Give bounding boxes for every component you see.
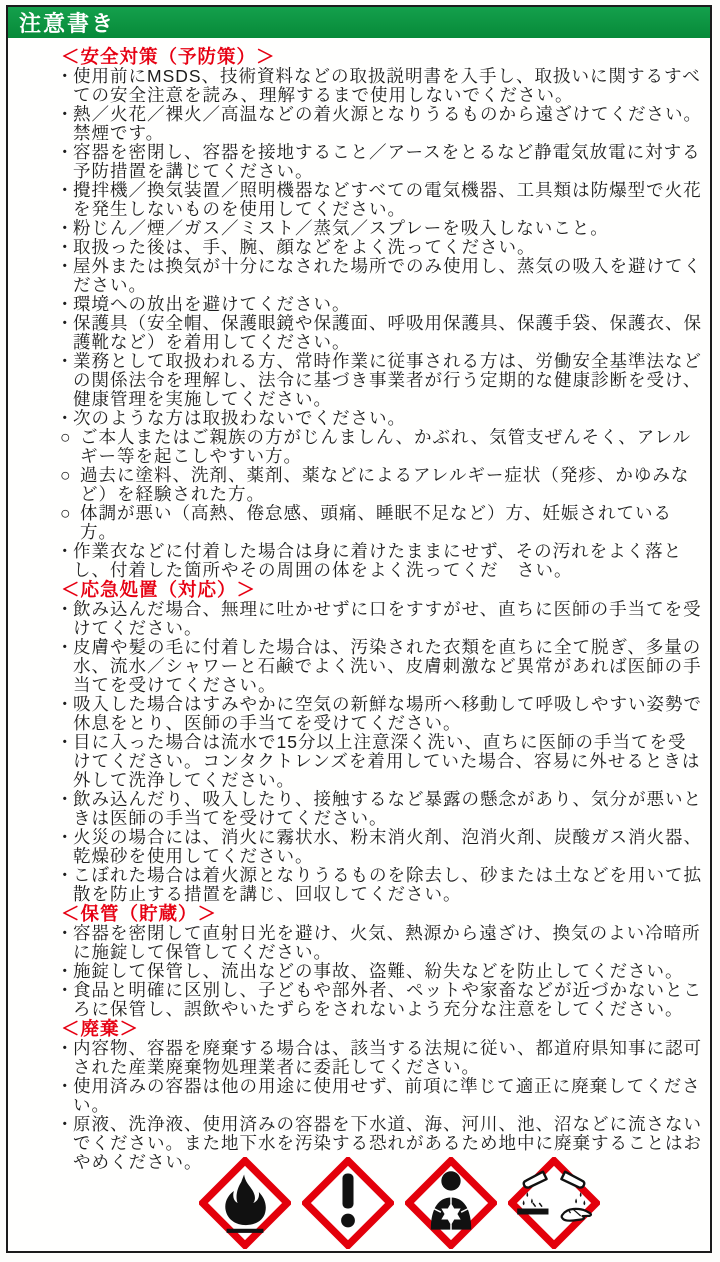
item-text: 食品と明確に区別し、子どもや部外者、ペットや家畜などが近づかないところに保管し、…: [73, 981, 702, 1019]
bullet-marker: ・: [60, 600, 73, 619]
list-item: ・ 目に入った場合は流水で15分以上注意深く洗い、直ちに医師の手当てを受けてくだ…: [60, 733, 702, 790]
bullet-marker: ・: [60, 67, 73, 86]
ghs-pictogram-row: [199, 1157, 600, 1249]
bullet-marker: ・: [60, 828, 73, 847]
item-text: 吸入した場合はすみやかに空気の新鮮な場所へ移動して呼吸しやすい姿勢で休息をとり、…: [73, 695, 702, 733]
list-item: ・ 熱／火花／裸火／高温などの着火源となりうるものから遠ざけてください。禁煙です…: [60, 105, 702, 143]
ghs-corrosion-icon: [508, 1157, 600, 1249]
item-text: 使用前にMSDS、技術資料などの取扱説明書を入手し、取扱いに関するすべての安全注…: [73, 67, 702, 105]
list-item: ・ 業務として取扱われる方、常時作業に従事される方は、労働安全基準法などの関係法…: [60, 352, 702, 409]
bullet-marker: ・: [60, 295, 73, 314]
document-header: 注意書き: [8, 7, 710, 38]
bullet-marker: ・: [60, 1115, 73, 1134]
bullet-marker: ・: [60, 257, 73, 276]
item-text: 容器を密閉し、容器を接地すること／アースをとるなど静電気放電に対する予防措置を講…: [73, 143, 702, 181]
item-text: 皮膚や髪の毛に付着した場合は、汚染された衣類を直ちに全て脱ぎ、多量の水、流水／シ…: [73, 638, 702, 695]
ghs-health-hazard-icon: [405, 1157, 497, 1249]
item-text: 目に入った場合は流水で15分以上注意深く洗い、直ちに医師の手当てを受けてください…: [73, 733, 702, 790]
list-item: ・ 屋外または換気が十分になされた場所でのみ使用し、蒸気の吸入を避けてください。: [60, 257, 702, 295]
bullet-marker: ○: [60, 428, 80, 447]
section: ＜安全対策（予防策）＞ ・ 使用前にMSDS、技術資料などの取扱説明書を入手し、…: [60, 47, 702, 580]
bullet-marker: ・: [60, 105, 73, 124]
list-item: ・ 使用済みの容器は他の用途に使用せず、前項に準じて適正に廃棄してください。: [60, 1077, 702, 1115]
list-item: ・ 飲み込んだり、吸入したり、接触するなど暴露の懸念があり、気分が悪いときは医師…: [60, 790, 702, 828]
bullet-marker: ・: [60, 866, 73, 885]
item-text: 作業衣などに付着した場合は身に着けたままにせず、その汚れをよく落とし、付着した箇…: [73, 542, 702, 580]
item-text: 環境への放出を避けてください。: [73, 295, 702, 314]
item-text: 飲み込んだり、吸入したり、接触するなど暴露の懸念があり、気分が悪いときは医師の手…: [73, 790, 702, 828]
bullet-marker: ・: [60, 238, 73, 257]
bullet-marker: ・: [60, 352, 73, 371]
item-text: 攪拌機／換気装置／照明機器などすべての電気機器、工具類は防爆型で火花を発生しない…: [73, 181, 702, 219]
list-item: ・ 吸入した場合はすみやかに空気の新鮮な場所へ移動して呼吸しやすい姿勢で休息をと…: [60, 695, 702, 733]
item-text: 体調が悪い（高熱、倦怠感、頭痛、睡眠不足など）方、妊娠されている方。: [80, 504, 702, 542]
bullet-marker: ・: [60, 409, 73, 428]
bullet-marker: ・: [60, 695, 73, 714]
section-heading: ＜廃棄＞: [61, 1019, 702, 1039]
ghs-exclamation-icon: [302, 1157, 394, 1249]
bullet-marker: ・: [60, 181, 73, 200]
item-text: 飲み込んだ場合、無理に吐かせずに口をすすがせ、直ちに医師の手当てを受けてください…: [73, 600, 702, 638]
section-items: ・ 飲み込んだ場合、無理に吐かせずに口をすすがせ、直ちに医師の手当てを受けてくだ…: [60, 600, 702, 904]
list-item: ・ 作業衣などに付着した場合は身に着けたままにせず、その汚れをよく落とし、付着し…: [60, 542, 702, 580]
section-items: ・ 使用前にMSDS、技術資料などの取扱説明書を入手し、取扱いに関するすべての安…: [60, 67, 702, 580]
section: ＜廃棄＞ ・ 内容物、容器を廃棄する場合は、該当する法規に従い、都道府県知事に認…: [60, 1019, 702, 1172]
list-item: ・ 内容物、容器を廃棄する場合は、該当する法規に従い、都道府県知事に認可された産…: [60, 1039, 702, 1077]
bullet-marker: ・: [60, 924, 73, 943]
bullet-marker: ・: [60, 1039, 73, 1058]
section-heading: ＜応急処置（対応）＞: [61, 580, 702, 600]
list-item: ・ 使用前にMSDS、技術資料などの取扱説明書を入手し、取扱いに関するすべての安…: [60, 67, 702, 105]
bullet-marker: ・: [60, 790, 73, 809]
list-item: ○ ご本人またはご親族の方がじんましん、かぶれ、気管支ぜんそく、アレルギー等を起…: [60, 428, 702, 466]
section-heading: ＜保管（貯蔵）＞: [61, 904, 702, 924]
bullet-marker: ・: [60, 143, 73, 162]
item-text: 粉じん／煙／ガス／ミスト／蒸気／スプレーを吸入しないこと。: [73, 219, 702, 238]
list-item: ・ 皮膚や髪の毛に付着した場合は、汚染された衣類を直ちに全て脱ぎ、多量の水、流水…: [60, 638, 702, 695]
bullet-marker: ・: [60, 219, 73, 238]
page-title: 注意書き: [19, 7, 115, 38]
list-item: ・ 施錠して保管し、流出などの事故、盗難、紛失などを防止してください。: [60, 962, 702, 981]
list-item: ・ 環境への放出を避けてください。: [60, 295, 702, 314]
list-item: ・ 容器を密閉して直射日光を避け、火気、熱源から遠ざけ、換気のよい冷暗所に施錠し…: [60, 924, 702, 962]
item-text: 取扱った後は、手、腕、顔などをよく洗ってください。: [73, 238, 702, 257]
list-item: ・ 火災の場合には、消火に霧状水、粉末消火剤、泡消火剤、炭酸ガス消火器、乾燥砂を…: [60, 828, 702, 866]
bullet-marker: ・: [60, 542, 73, 561]
item-text: 屋外または換気が十分になされた場所でのみ使用し、蒸気の吸入を避けてください。: [73, 257, 702, 295]
list-item: ・ 飲み込んだ場合、無理に吐かせずに口をすすがせ、直ちに医師の手当てを受けてくだ…: [60, 600, 702, 638]
list-item: ・ 攪拌機／換気装置／照明機器などすべての電気機器、工具類は防爆型で火花を発生し…: [60, 181, 702, 219]
item-text: ご本人またはご親族の方がじんましん、かぶれ、気管支ぜんそく、アレルギー等を起こし…: [80, 428, 702, 466]
item-text: こぼれた場合は着火源となりうるものを除去し、砂または土などを用いて拡散を防止する…: [73, 866, 702, 904]
bullet-marker: ・: [60, 314, 73, 333]
item-text: 過去に塗料、洗剤、薬剤、薬などによるアレルギー症状（発疹、かゆみなど）を経験され…: [80, 466, 702, 504]
item-text: 内容物、容器を廃棄する場合は、該当する法規に従い、都道府県知事に認可された産業廃…: [73, 1039, 702, 1077]
ghs-flame-icon: [199, 1157, 291, 1249]
list-item: ・ 保護具（安全帽、保護眼鏡や保護面、呼吸用保護具、保護手袋、保護衣、保護靴など…: [60, 314, 702, 352]
list-item: ・ 容器を密閉し、容器を接地すること／アースをとるなど静電気放電に対する予防措置…: [60, 143, 702, 181]
item-text: 保護具（安全帽、保護眼鏡や保護面、呼吸用保護具、保護手袋、保護衣、保護靴など）を…: [73, 314, 702, 352]
section: ＜応急処置（対応）＞ ・ 飲み込んだ場合、無理に吐かせずに口をすすがせ、直ちに医…: [60, 580, 702, 904]
item-text: 火災の場合には、消火に霧状水、粉末消火剤、泡消火剤、炭酸ガス消火器、乾燥砂を使用…: [73, 828, 702, 866]
section-items: ・ 容器を密閉して直射日光を避け、火気、熱源から遠ざけ、換気のよい冷暗所に施錠し…: [60, 924, 702, 1019]
document-body: ＜安全対策（予防策）＞ ・ 使用前にMSDS、技術資料などの取扱説明書を入手し、…: [8, 38, 710, 1172]
item-text: 容器を密閉して直射日光を避け、火気、熱源から遠ざけ、換気のよい冷暗所に施錠して保…: [73, 924, 702, 962]
bullet-marker: ○: [60, 504, 80, 523]
list-item: ・ 粉じん／煙／ガス／ミスト／蒸気／スプレーを吸入しないこと。: [60, 219, 702, 238]
list-item: ・ 次のような方は取扱わないでください。: [60, 409, 702, 428]
bullet-marker: ・: [60, 1077, 73, 1096]
bullet-marker: ・: [60, 733, 73, 752]
list-item: ○ 体調が悪い（高熱、倦怠感、頭痛、睡眠不足など）方、妊娠されている方。: [60, 504, 702, 542]
item-text: 熱／火花／裸火／高温などの着火源となりうるものから遠ざけてください。禁煙です。: [73, 105, 702, 143]
item-text: 業務として取扱われる方、常時作業に従事される方は、労働安全基準法などの関係法令を…: [73, 352, 702, 409]
section-heading: ＜安全対策（予防策）＞: [61, 47, 702, 67]
bullet-marker: ・: [60, 981, 73, 1000]
section-items: ・ 内容物、容器を廃棄する場合は、該当する法規に従い、都道府県知事に認可された産…: [60, 1039, 702, 1172]
list-item: ・ 食品と明確に区別し、子どもや部外者、ペットや家畜などが近づかないところに保管…: [60, 981, 702, 1019]
bullet-marker: ○: [60, 466, 80, 485]
item-text: 使用済みの容器は他の用途に使用せず、前項に準じて適正に廃棄してください。: [73, 1077, 702, 1115]
list-item: ○ 過去に塗料、洗剤、薬剤、薬などによるアレルギー症状（発疹、かゆみなど）を経験…: [60, 466, 702, 504]
bullet-marker: ・: [60, 638, 73, 657]
section: ＜保管（貯蔵）＞ ・ 容器を密閉して直射日光を避け、火気、熱源から遠ざけ、換気の…: [60, 904, 702, 1019]
list-item: ・ 取扱った後は、手、腕、顔などをよく洗ってください。: [60, 238, 702, 257]
list-item: ・ こぼれた場合は着火源となりうるものを除去し、砂または土などを用いて拡散を防止…: [60, 866, 702, 904]
item-text: 次のような方は取扱わないでください。: [73, 409, 702, 428]
bullet-marker: ・: [60, 962, 73, 981]
precautions-document: 注意書き ＜安全対策（予防策）＞ ・ 使用前にMSDS、技術資料などの取扱説明書…: [6, 5, 712, 1253]
item-text: 施錠して保管し、流出などの事故、盗難、紛失などを防止してください。: [73, 962, 702, 981]
